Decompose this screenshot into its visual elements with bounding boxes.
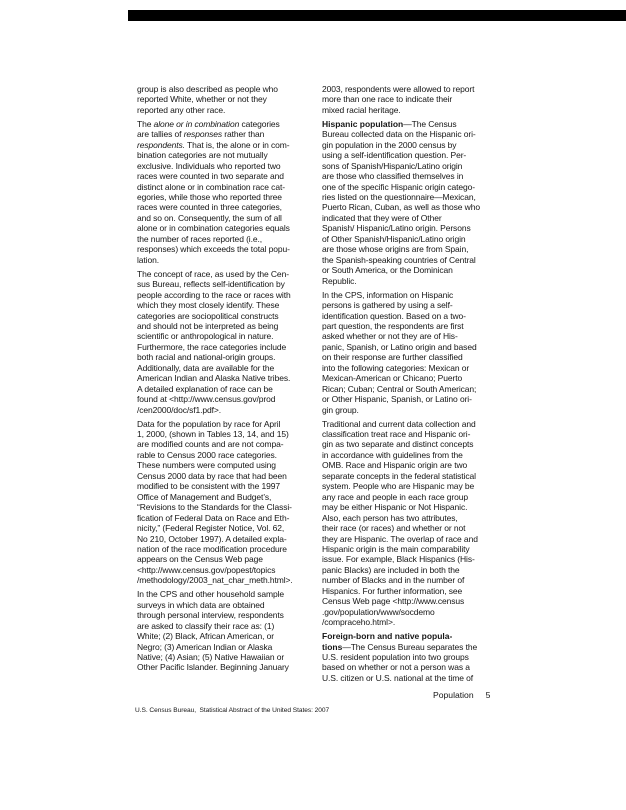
paragraph: In the CPS and other household sample su… (137, 589, 315, 673)
paragraph: Hispanic population—The Census Bureau co… (322, 119, 504, 286)
text-column-right: 2003, respondents were allowed to report… (322, 84, 504, 687)
section-label: Population (433, 690, 474, 700)
page-number: 5 (486, 690, 491, 700)
header-bar (128, 10, 626, 21)
text-column-left: group is also described as people who re… (137, 84, 315, 676)
paragraph: Traditional and current data collection … (322, 419, 504, 628)
paragraph: Data for the population by race for Apri… (137, 419, 315, 586)
paragraph: The concept of race, as used by the Cen-… (137, 269, 315, 415)
paragraph: Foreign-born and native popula- tions—Th… (322, 631, 504, 683)
document-page: group is also described as people who re… (0, 0, 626, 810)
paragraph: In the CPS, information on Hispanic pers… (322, 290, 504, 415)
running-head: Population5 (433, 690, 490, 700)
paragraph: 2003, respondents were allowed to report… (322, 84, 504, 115)
footer-source-line: U.S. Census Bureau, Statistical Abstract… (135, 707, 329, 714)
paragraph: The alone or in combination categories a… (137, 119, 315, 265)
paragraph: group is also described as people who re… (137, 84, 315, 115)
